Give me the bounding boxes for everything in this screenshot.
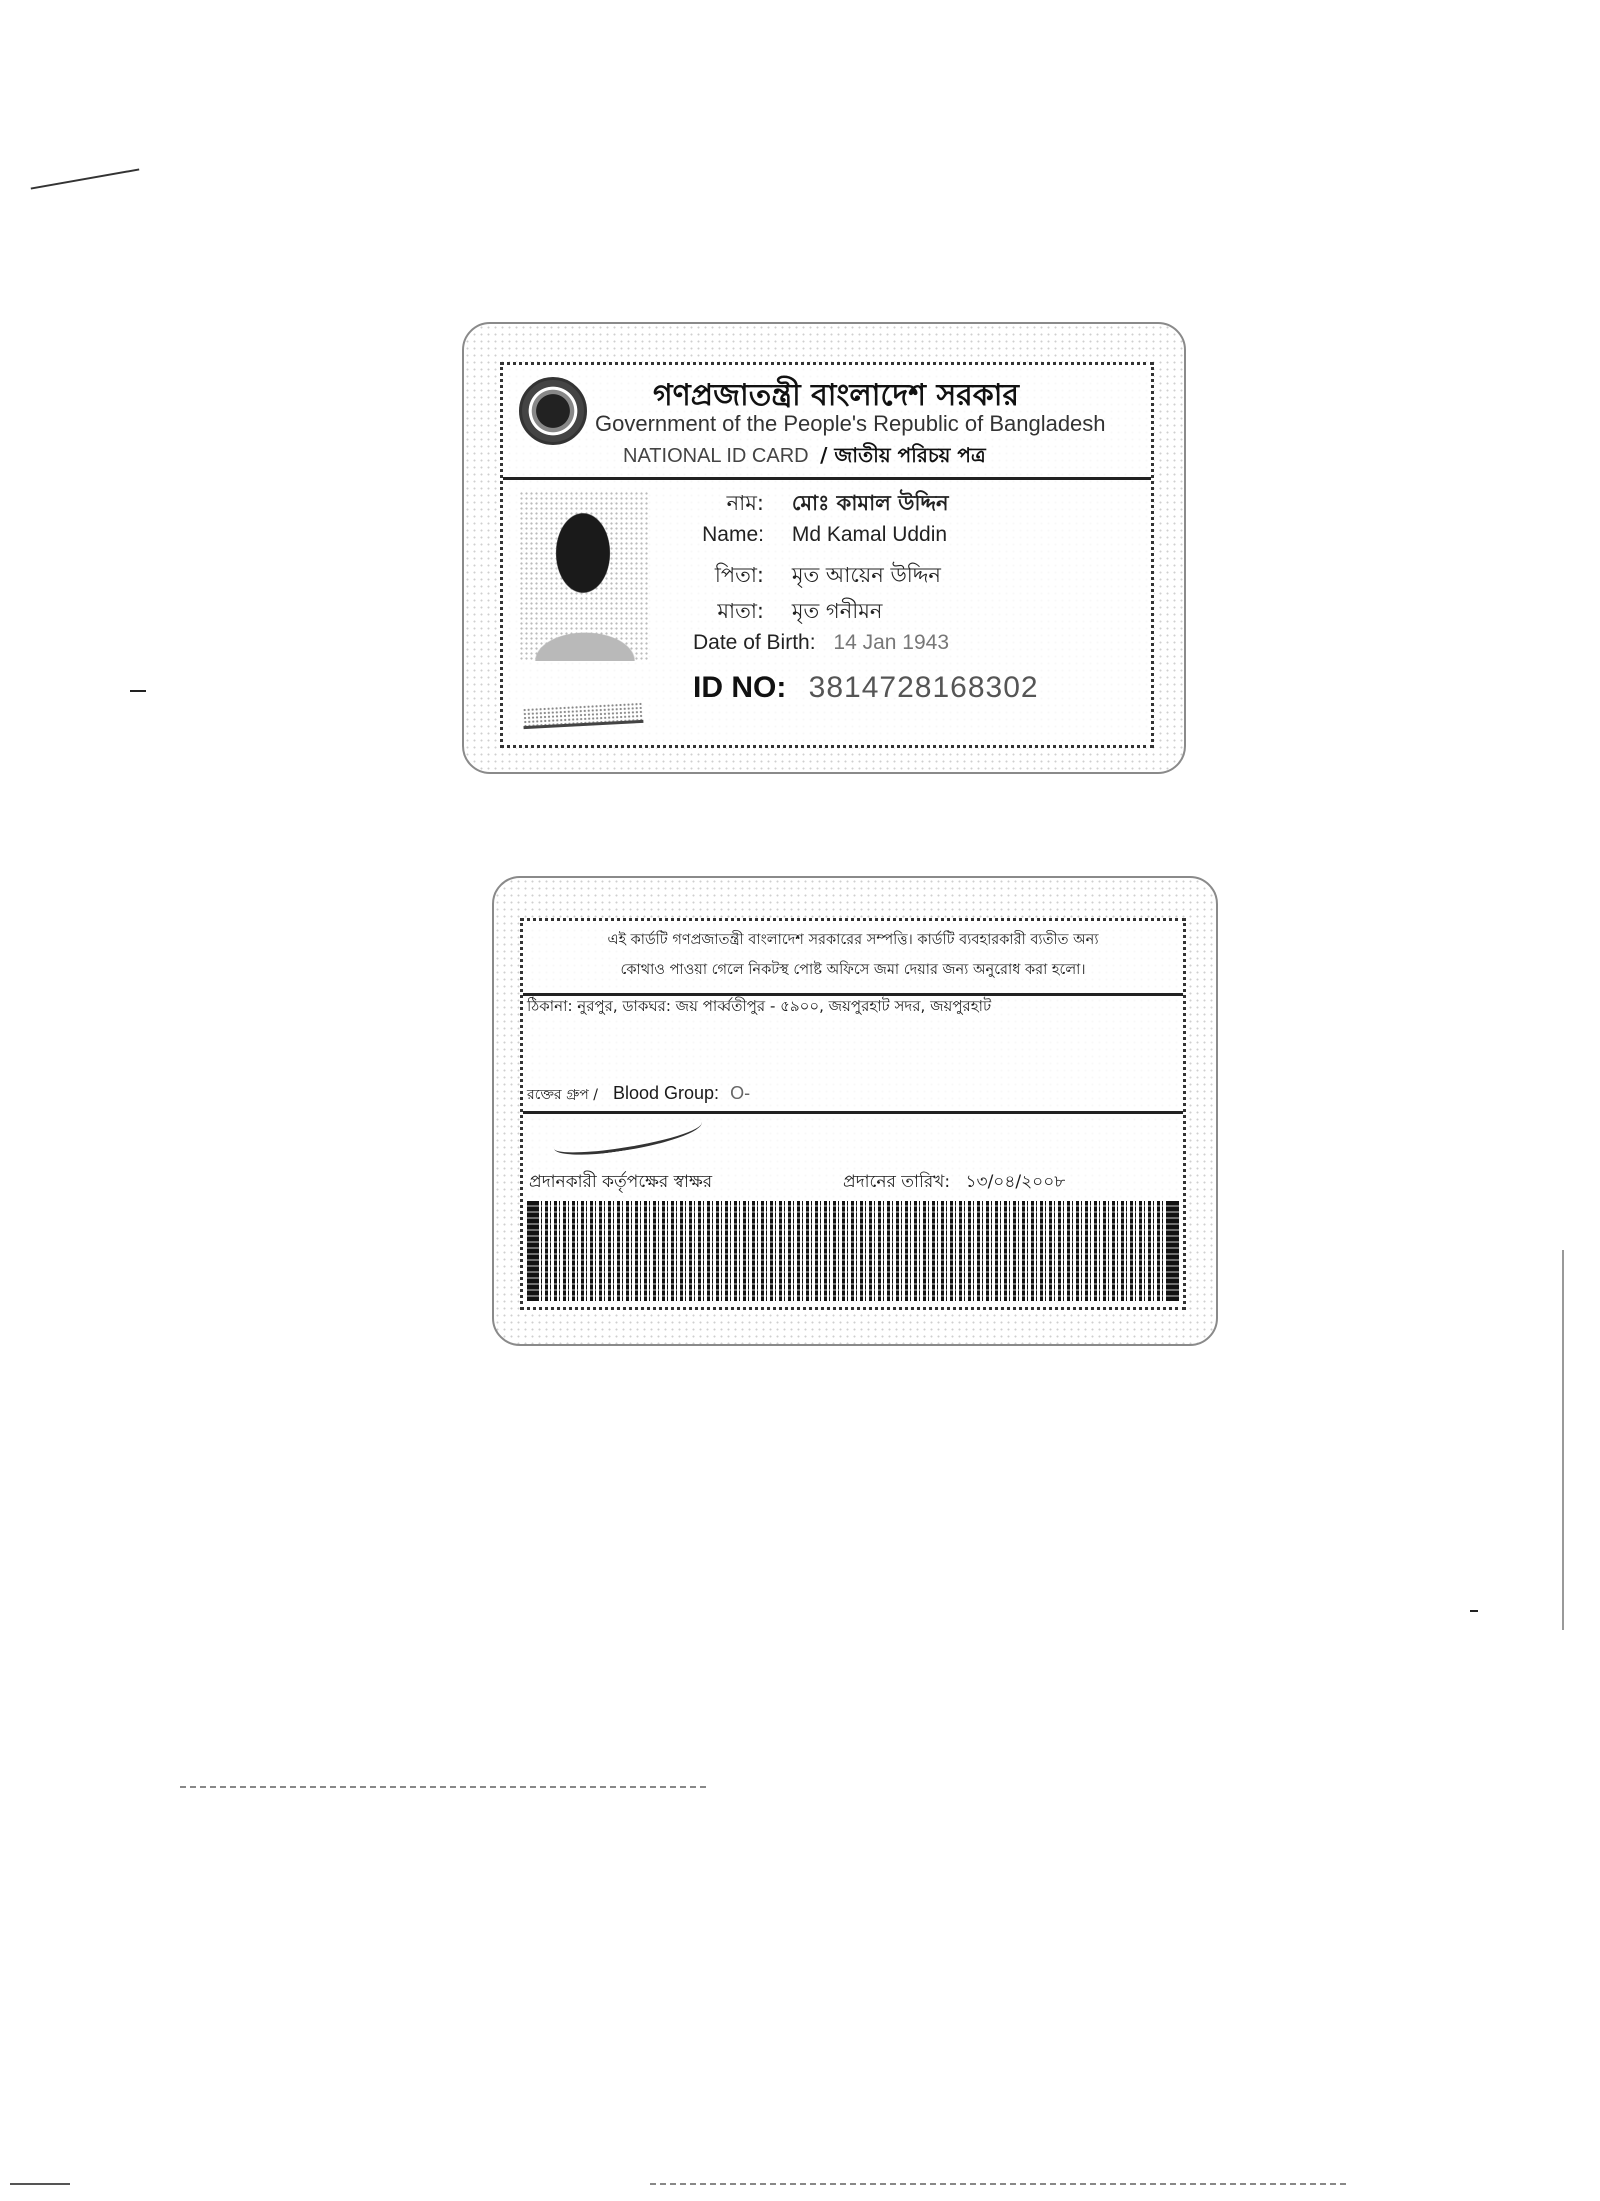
- holder-signature: [523, 702, 644, 729]
- id-card-back-frame: এই কার্ডটি গণপ্রজাতন্ত্রী বাংলাদেশ সরকার…: [520, 918, 1186, 1310]
- dob-label: Date of Birth:: [693, 631, 816, 654]
- name-en-label: Name:: [678, 523, 764, 547]
- father-row: পিতা: মৃত আয়েন উদ্দিন: [678, 559, 941, 594]
- scan-artifact-line: [650, 2183, 1350, 2185]
- id-card-front: গণপ্রজাতন্ত্রী বাংলাদেশ সরকার Government…: [462, 322, 1186, 774]
- scan-speck: [1470, 1610, 1478, 1612]
- mother-value: মৃত গনীমন: [792, 599, 883, 623]
- notice-line-2: কোথাও পাওয়া গেলে নিকটস্থ পোষ্ট অফিসে জম…: [523, 955, 1183, 985]
- id-number-label: ID NO:: [693, 671, 786, 704]
- address: ঠিকানা: নুরপুর, ডাকঘর: জয় পার্ব্বতীপুর …: [527, 995, 991, 1020]
- blood-group-label-bn: রক্তের গ্রুপ /: [527, 1087, 598, 1103]
- pdf417-barcode: [527, 1201, 1179, 1301]
- issue-date-row: প্রদানের তারিখ: ১৩/০৪/২০০৮: [843, 1169, 1065, 1197]
- dob-value: 14 Jan 1943: [833, 631, 949, 654]
- divider: [523, 1111, 1183, 1114]
- card-type-bn: / জাতীয় পরিচয় পত্র: [820, 443, 986, 467]
- card-type-en: NATIONAL ID CARD: [623, 445, 809, 467]
- name-en-row: Name: Md Kamal Uddin: [678, 523, 947, 547]
- id-card-front-frame: গণপ্রজাতন্ত্রী বাংলাদেশ সরকার Government…: [500, 362, 1154, 748]
- id-card-back: এই কার্ডটি গণপ্রজাতন্ত্রী বাংলাদেশ সরকার…: [492, 876, 1218, 1346]
- issue-date-label: প্রদানের তারিখ:: [843, 1172, 950, 1192]
- notice-line-1: এই কার্ডটি গণপ্রজাতন্ত্রী বাংলাদেশ সরকার…: [523, 925, 1183, 955]
- father-label: পিতা:: [678, 559, 764, 594]
- name-bn-row: নাম: মোঃ কামাল উদ্দিন: [678, 487, 949, 522]
- scan-artifact-line: [31, 168, 140, 189]
- holder-photo: [519, 491, 649, 661]
- card-header: গণপ্রজাতন্ত্রী বাংলাদেশ সরকার Government…: [503, 365, 1151, 480]
- name-en-value: Md Kamal Uddin: [792, 523, 947, 546]
- government-seal-icon: [519, 377, 587, 445]
- scan-speck: [130, 690, 146, 692]
- blood-group-label-en: Blood Group:: [613, 1083, 719, 1103]
- name-bn-label: নাম:: [678, 487, 764, 522]
- blood-group-row: রক্তের গ্রুপ / Blood Group: O-: [527, 1083, 750, 1107]
- header-title-en: Government of the People's Republic of B…: [595, 411, 1106, 437]
- id-number-row: ID NO: 3814728168302: [693, 671, 1039, 705]
- father-value: মৃত আয়েন উদ্দিন: [792, 563, 941, 587]
- issuer-signature-label: প্রদানকারী কর্তৃপক্ষের স্বাক্ষর: [529, 1169, 712, 1197]
- ownership-notice: এই কার্ডটি গণপ্রজাতন্ত্রী বাংলাদেশ সরকার…: [523, 921, 1183, 996]
- id-number-value: 3814728168302: [809, 671, 1039, 704]
- scan-speck: [1562, 1250, 1564, 1630]
- blood-group-value: O-: [730, 1083, 750, 1103]
- scan-artifact-line: [10, 2183, 70, 2185]
- scan-artifact-line: [180, 1786, 710, 1788]
- dob-row: Date of Birth: 14 Jan 1943: [693, 631, 949, 655]
- issuer-signature: [552, 1111, 705, 1161]
- name-bn-value: মোঃ কামাল উদ্দিন: [792, 491, 949, 515]
- mother-label: মাতা:: [678, 595, 764, 630]
- issue-date-value: ১৩/০৪/২০০৮: [965, 1172, 1065, 1192]
- card-type: NATIONAL ID CARD / জাতীয় পরিচয় পত্র: [623, 441, 986, 474]
- mother-row: মাতা: মৃত গনীমন: [678, 595, 882, 630]
